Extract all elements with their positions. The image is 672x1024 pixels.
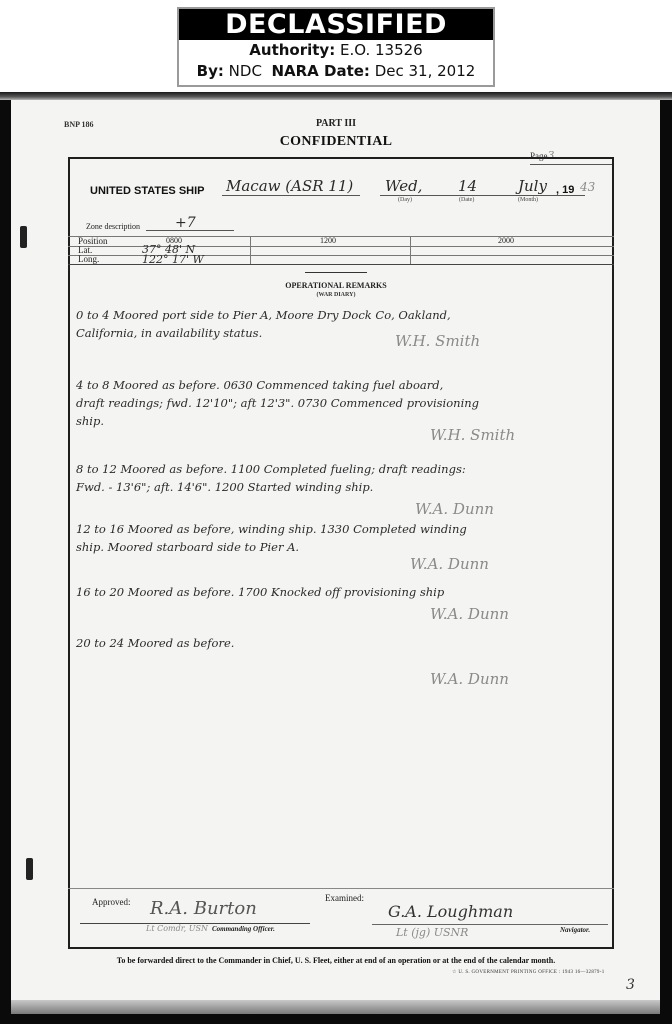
by-label: By: (197, 62, 224, 80)
stamp-area: DECLASSIFIED Authority: E.O. 13526 By: N… (0, 0, 672, 92)
remarks-subtitle: (WAR DIARY) (0, 292, 672, 298)
day-caption: (Day) (398, 197, 412, 203)
remark-entry-4-8: 4 to 8 Moored as before. 0630 Commenced … (76, 376, 479, 430)
declassified-stamp: DECLASSIFIED Authority: E.O. 13526 By: N… (177, 7, 495, 87)
month-caption: (Month) (518, 197, 538, 203)
stamp-authority: Authority: E.O. 13526 (179, 40, 493, 61)
date-caption: (Date) (459, 197, 474, 203)
remark-entry-8-12: 8 to 12 Moored as before. 1100 Completed… (76, 460, 466, 496)
signature-20-24: W.A. Dunn (430, 670, 509, 688)
signature-8-12: W.A. Dunn (415, 500, 494, 518)
position-row-labels: Position Lat. Long. (78, 237, 108, 264)
ship-name: Macaw (ASR 11) (226, 177, 353, 195)
remark-line: 4 to 8 Moored as before. 0630 Commenced … (76, 376, 479, 394)
remark-line: ship. (76, 412, 479, 430)
col-2000: 2000 (498, 236, 514, 245)
signature-12-16: W.A. Dunn (410, 555, 489, 573)
col-1200: 1200 (320, 236, 336, 245)
date-line (380, 195, 585, 196)
binding-clip-bottom (26, 858, 33, 880)
signature-16-20: W.A. Dunn (430, 605, 509, 623)
printing-office-note: ☆ U. S. GOVERNMENT PRINTING OFFICE : 194… (452, 969, 605, 975)
row-label-long: Long. (78, 255, 108, 264)
zone-value: +7 (175, 215, 196, 231)
stamp-title: DECLASSIFIED (179, 9, 493, 40)
nara-value: Dec 31, 2012 (375, 62, 476, 80)
approved-signature: R.A. Burton (150, 898, 257, 919)
approved-title: Commanding Officer. (212, 925, 275, 933)
signature-0-4: W.H. Smith (395, 332, 480, 350)
table-divider-1 (250, 236, 251, 264)
remark-line: 20 to 24 Moored as before. (76, 634, 234, 652)
remark-line: 12 to 16 Moored as before, winding ship.… (76, 520, 467, 538)
binding-clip-top (20, 226, 27, 248)
examined-title: Navigator. (560, 926, 590, 934)
remarks-title: OPERATIONAL REMARKS (0, 281, 672, 290)
zone-label: Zone description (86, 222, 140, 231)
remark-line: 8 to 12 Moored as before. 1100 Completed… (76, 460, 466, 478)
approval-divider (68, 888, 614, 889)
forwarding-instruction: To be forwarded direct to the Commander … (0, 956, 672, 965)
ship-label: UNITED STATES SHIP (90, 185, 205, 197)
by-value: NDC (229, 62, 262, 80)
ship-month: July (518, 177, 547, 195)
remarks-rule (305, 272, 367, 273)
paper-bottom-edge (11, 1000, 660, 1014)
signature-4-8: W.H. Smith (430, 426, 515, 444)
paper-top-edge (0, 92, 672, 100)
remark-line: 16 to 20 Moored as before. 1700 Knocked … (76, 583, 444, 601)
approved-label: Approved: (92, 897, 131, 907)
examined-signature-line (372, 924, 608, 925)
handwritten-page-number: 3 (626, 977, 635, 993)
remark-entry-12-16: 12 to 16 Moored as before, winding ship.… (76, 520, 467, 556)
remark-entry-20-24: 20 to 24 Moored as before. (76, 634, 234, 652)
remark-line: Fwd. - 13'6"; aft. 14'6". 1200 Started w… (76, 478, 466, 496)
stamp-by-line: By: NDC NARA Date: Dec 31, 2012 (179, 61, 493, 82)
part-label: PART III (0, 118, 672, 129)
remark-line: 0 to 4 Moored port side to Pier A, Moore… (76, 306, 451, 324)
examined-title-hand: Lt (jg) USNR (396, 926, 468, 939)
long-0800: 122° 17' W (142, 253, 204, 266)
examined-signature: G.A. Loughman (388, 902, 513, 921)
year-suffix: 43 (580, 180, 595, 194)
remark-line: draft readings; fwd. 12'10"; aft 12'3". … (76, 394, 479, 412)
authority-label: Authority: (249, 41, 335, 59)
ship-day: Wed, (385, 177, 422, 195)
authority-value: E.O. 13526 (340, 41, 423, 59)
table-line-1 (68, 236, 614, 237)
ship-date: 14 (458, 177, 477, 195)
examined-label: Examined: (325, 893, 364, 903)
ship-name-line (222, 195, 360, 196)
year-prefix: , 19 (556, 184, 574, 196)
remark-entry-16-20: 16 to 20 Moored as before. 1700 Knocked … (76, 583, 444, 601)
nara-label: NARA Date: (271, 62, 369, 80)
approved-title-hand: Lt Comdr, USN (146, 924, 208, 933)
table-divider-2 (410, 236, 411, 264)
remark-line: ship. Moored starboard side to Pier A. (76, 538, 467, 556)
